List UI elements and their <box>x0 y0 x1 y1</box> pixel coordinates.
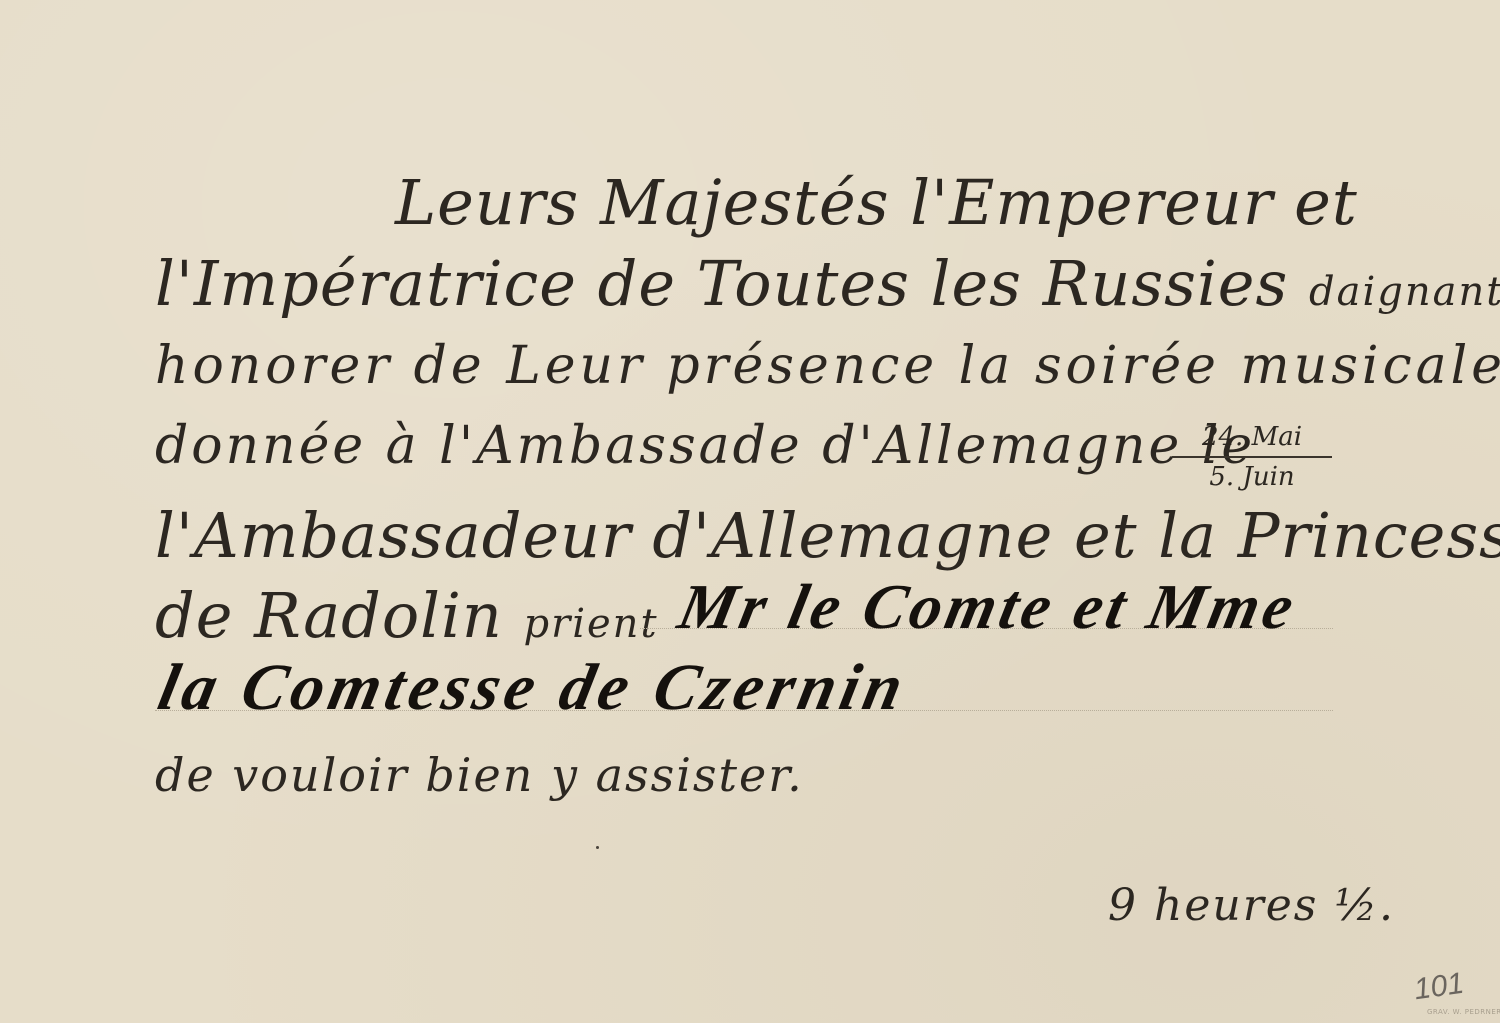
date-fraction: 24. Mai 5. Juin <box>1172 422 1332 492</box>
printed-line-6: de Radolin prient <box>155 585 659 647</box>
printed-line-2-text: l'Impératrice de Toutes les Russies <box>155 247 1288 320</box>
printed-line-3: honorer de Leur présence la soirée music… <box>155 340 1500 392</box>
printed-line-6-text: de Radolin <box>155 579 503 652</box>
printed-line-2: l'Impératrice de Toutes les Russies daig… <box>155 253 1500 315</box>
printed-line-5: l'Ambassadeur d'Allemagne et la Princess… <box>155 505 1500 567</box>
printer-mark: GRAV. W. PEDRNER & CO <box>1427 1008 1500 1016</box>
handwritten-guest-line-1: Mr le Comte et Mme <box>672 570 1304 644</box>
event-time: 9 heures ½. <box>1108 880 1395 931</box>
printed-line-closing: de vouloir bien y assister. <box>155 752 804 798</box>
printed-line-1: Leurs Majestés l'Empereur et <box>395 172 1358 234</box>
handwritten-guest-line-2: la Comtesse de Czernin <box>152 650 914 726</box>
word-prient: prient <box>523 601 658 647</box>
word-daignant: daignant <box>1309 269 1500 315</box>
date-gregorian: 5. Juin <box>1172 458 1332 492</box>
date-julian: 24. Mai <box>1172 422 1332 458</box>
printed-line-4: donnée à l'Ambassade d'Allemagne le <box>155 420 1255 472</box>
archive-number: 101 <box>1412 967 1466 1008</box>
invitation-card: Leurs Majestés l'Empereur et l'Impératri… <box>0 0 1500 1023</box>
ink-speck <box>596 846 599 849</box>
